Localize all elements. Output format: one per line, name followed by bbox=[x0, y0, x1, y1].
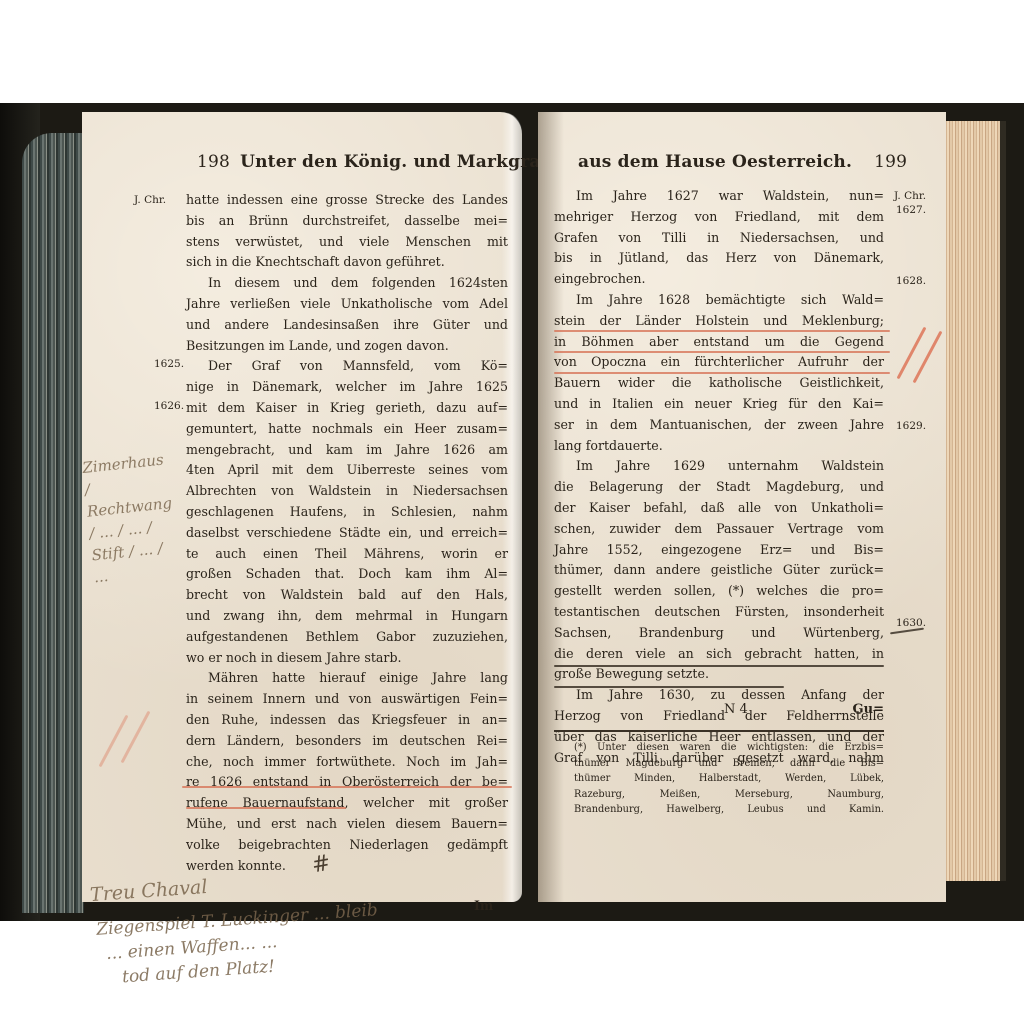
text-line: aufgestandenen Bethlem Gabor zuzuziehen, bbox=[186, 627, 508, 648]
text-line: mengebracht, und kam im Jahre 1626 am bbox=[186, 440, 508, 461]
text-line: re 1626 entstand in Oberösterreich der b… bbox=[186, 772, 508, 793]
text-line: Mähren hatte hierauf einige Jahre lang bbox=[186, 668, 508, 689]
handwritten-margin-note: Zimerhaus / Rechtwang / ... / ... / Stif… bbox=[81, 448, 184, 589]
text-line: geschlagenen Haufens, in Schlesien, nahm bbox=[186, 502, 508, 523]
catchword: Gu= bbox=[853, 702, 884, 717]
text-line: Im Jahre 1629 unternahm Waldstein bbox=[554, 456, 884, 477]
book-photo: 198Unter den König. und Markgraf. J. Chr… bbox=[0, 103, 1024, 921]
text-line: sich in die Knechtschaft davon geführet. bbox=[186, 252, 508, 273]
text-line: daselbst verschiedene Städte ein, und er… bbox=[186, 523, 508, 544]
text-line: Albrechten von Waldstein in Niedersachse… bbox=[186, 481, 508, 502]
text-line: che, noch immer fortwüthete. Noch im Jah… bbox=[186, 752, 508, 773]
red-underline bbox=[554, 330, 890, 332]
text-line: bis in Jütland, das Herz von Dänemark, bbox=[554, 248, 884, 269]
text-line: in Böhmen aber entstand um die Gegend bbox=[554, 332, 884, 353]
footnote: (*) Unter diesen waren die wichtigsten: … bbox=[574, 740, 884, 818]
text-line: brecht von Waldstein bald auf den Hals, bbox=[186, 585, 508, 606]
text-line: große Bewegung setzte. bbox=[554, 664, 884, 685]
text-line: In diesem und dem folgenden 1624sten bbox=[186, 273, 508, 294]
signature-mark: N 4 bbox=[724, 702, 748, 717]
red-underline bbox=[554, 372, 890, 374]
text-line: rufene Bauernaufstand, welcher mit große… bbox=[186, 793, 508, 814]
text-line: Grafen von Tilli in Niedersachsen, und bbox=[554, 228, 884, 249]
text-line: Bauern wider die katholische Geistlichke… bbox=[554, 373, 884, 394]
text-line: lang fortdauerte. bbox=[554, 436, 884, 457]
footnote-line: (*) Unter diesen waren die wichtigsten: … bbox=[574, 740, 884, 756]
text-line: in seinem Innern und von auswärtigen Fei… bbox=[186, 689, 508, 710]
margin-note: 1626. bbox=[154, 400, 184, 412]
left-body-text: hatte indessen eine grosse Strecke des L… bbox=[186, 190, 508, 876]
text-line: Jahre 1552, eingezogene Erz= und Bis= bbox=[554, 540, 884, 561]
text-line: bis an Brünn durchstreifet, dasselbe mei… bbox=[186, 211, 508, 232]
text-line: den Ruhe, indessen das Kriegsfeuer in an… bbox=[186, 710, 508, 731]
text-line: 4ten April mit dem Uiberreste seines vom bbox=[186, 460, 508, 481]
footnote-line: thümer Minden, Halberstadt, Werden, Lübe… bbox=[574, 771, 884, 787]
text-line: Jahre verließen viele Unkatholische vom … bbox=[186, 294, 508, 315]
text-line: hatte indessen eine grosse Strecke des L… bbox=[186, 190, 508, 211]
text-line: thümer, dann andere geistliche Güter zur… bbox=[554, 560, 884, 581]
red-underline bbox=[186, 807, 346, 809]
catchword: Im bbox=[474, 898, 493, 913]
left-page: 198Unter den König. und Markgraf. J. Chr… bbox=[82, 112, 522, 902]
handwritten-note-line: Treu Chaval bbox=[89, 876, 208, 906]
text-line: die deren viele an sich gebracht hatten,… bbox=[554, 644, 884, 665]
margin-note: J. Chr. bbox=[894, 190, 926, 202]
right-page: aus dem Hause Oesterreich.199 J. Chr. 16… bbox=[538, 112, 946, 902]
text-line: Sachsen, Brandenburg und Würtenberg, bbox=[554, 623, 884, 644]
page-number: 199 bbox=[874, 152, 907, 172]
text-line: ser in dem Mantuanischen, der zween Jahr… bbox=[554, 415, 884, 436]
text-line: werden konnte. bbox=[186, 856, 508, 877]
text-line: mit dem Kaiser in Krieg gerieth, dazu au… bbox=[186, 398, 508, 419]
page-number: 198 bbox=[197, 152, 230, 172]
text-line: testantischen deutschen Fürsten, insonde… bbox=[554, 602, 884, 623]
text-line: mehriger Herzog von Friedland, mit dem bbox=[554, 207, 884, 228]
text-line: eingebrochen. bbox=[554, 269, 884, 290]
ink-underline bbox=[554, 665, 884, 667]
text-line: Besitzungen im Lande, und zogen davon. bbox=[186, 336, 508, 357]
margin-note: 1625. bbox=[154, 358, 184, 370]
running-head-text: Unter den König. und Markgraf. bbox=[240, 152, 554, 172]
running-head-right: aus dem Hause Oesterreich.199 bbox=[578, 152, 907, 172]
running-head-left: 198Unter den König. und Markgraf. bbox=[197, 152, 554, 172]
running-head-text: aus dem Hause Oesterreich. bbox=[578, 152, 852, 172]
ink-underline bbox=[554, 686, 784, 688]
text-line: gemuntert, hatte nochmals ein Heer zusam… bbox=[186, 419, 508, 440]
text-line: und zwang ihn, dem mehrmal in Hungarn bbox=[186, 606, 508, 627]
text-line: stein der Länder Holstein und Meklenburg… bbox=[554, 311, 884, 332]
red-underline bbox=[182, 786, 512, 788]
footnote-line: Razeburg, Meißen, Merseburg, Naumburg, bbox=[574, 787, 884, 803]
text-line: dern Ländern, besonders im deutschen Rei… bbox=[186, 731, 508, 752]
margin-note: 1627. bbox=[896, 204, 926, 216]
margin-note: 1629. bbox=[896, 420, 926, 432]
text-line: schen, zuwider dem Passauer Vertrage vom bbox=[554, 519, 884, 540]
text-line: die Belagerung der Stadt Magdeburg, und bbox=[554, 477, 884, 498]
footnote-line: thümer Magdeburg und Bremen, dann die Bi… bbox=[574, 756, 884, 772]
text-line: Mühe, und erst nach vielen diesem Bauern… bbox=[186, 814, 508, 835]
red-pencil-mark bbox=[897, 327, 927, 380]
text-line: und in Italien ein neuer Krieg für den K… bbox=[554, 394, 884, 415]
footnote-line: Brandenburg, Hawelberg, Leubus und Kamin… bbox=[574, 802, 884, 818]
text-line: nige in Dänemark, welcher im Jahre 1625 bbox=[186, 377, 508, 398]
page-block-edges-left bbox=[22, 133, 84, 913]
text-line: großen Schaden that. Doch kam ihm Al= bbox=[186, 564, 508, 585]
text-line: Im Jahre 1628 bemächtigte sich Wald= bbox=[554, 290, 884, 311]
text-line: von Opoczna ein fürchterlicher Aufruhr d… bbox=[554, 352, 884, 373]
text-line: Der Graf von Mannsfeld, vom Kö= bbox=[186, 356, 508, 377]
text-line: Im Jahre 1627 war Waldstein, nun= bbox=[554, 186, 884, 207]
right-body-text: Im Jahre 1627 war Waldstein, nun= mehrig… bbox=[554, 186, 884, 768]
footnote-rule bbox=[554, 730, 884, 732]
text-line: und andere Landesinsaßen ihre Güter und bbox=[186, 315, 508, 336]
text-line: stens verwüstet, und viele Menschen mit bbox=[186, 232, 508, 253]
red-underline bbox=[554, 351, 890, 353]
text-line: te auch einen Theil Mährens, worin er bbox=[186, 544, 508, 565]
margin-note: 1628. bbox=[896, 275, 926, 287]
text-line: Im Jahre 1630, zu dessen Anfang der bbox=[554, 685, 884, 706]
page-block-edges-right bbox=[944, 121, 1006, 881]
text-line: wo er noch in diesem Jahre starb. bbox=[186, 648, 508, 669]
text-line: volke beigebrachten Niederlagen gedämpft bbox=[186, 835, 508, 856]
margin-note: J. Chr. bbox=[134, 194, 166, 206]
text-line: gestellt werden sollen, (*) welches die … bbox=[554, 581, 884, 602]
text-line: der Kaiser befahl, daß alle von Unkathol… bbox=[554, 498, 884, 519]
text-line: Herzog von Friedland der Feldherrnstelle bbox=[554, 706, 884, 727]
